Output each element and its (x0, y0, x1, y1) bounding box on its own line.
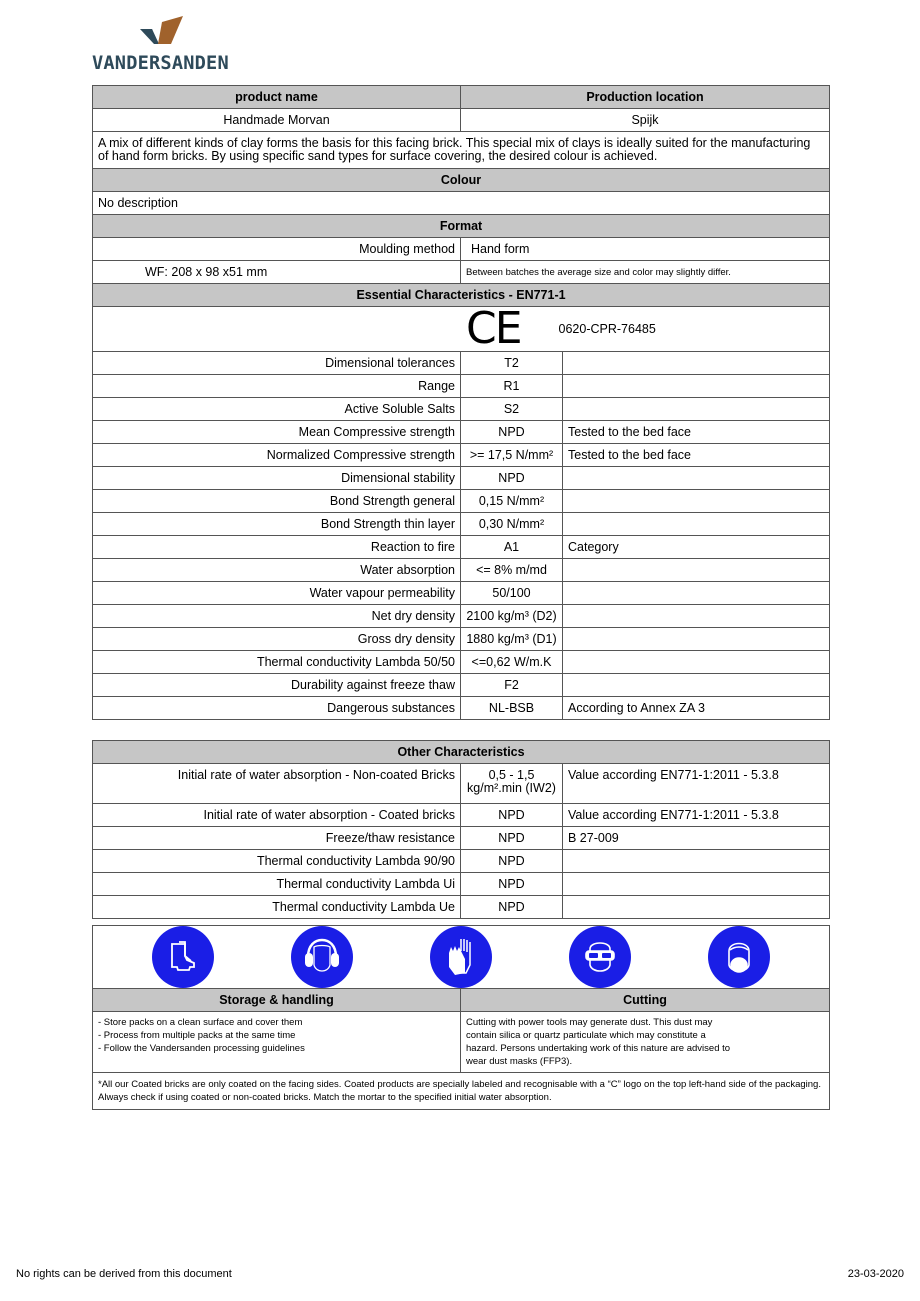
table-row: Bond Strength general0,15 N/mm² (93, 490, 830, 513)
coated-bricks-note: *All our Coated bricks are only coated o… (93, 1073, 830, 1110)
ce-marking-row: CE 0620-CPR-76485 (93, 307, 830, 352)
product-description: A mix of different kinds of clay forms t… (93, 132, 830, 169)
characteristic-value: 2100 kg/m³ (D2) (461, 605, 563, 628)
characteristic-label: Durability against freeze thaw (93, 674, 461, 697)
product-sheet-table: product name Production location Handmad… (92, 85, 830, 720)
characteristic-label: Mean Compressive strength (93, 421, 461, 444)
characteristic-value: >= 17,5 N/mm² (461, 444, 563, 467)
characteristic-value: F2 (461, 674, 563, 697)
characteristic-note (563, 605, 830, 628)
characteristic-value: NPD (461, 827, 563, 850)
characteristic-note: Tested to the bed face (563, 421, 830, 444)
characteristic-note (563, 582, 830, 605)
characteristic-value: S2 (461, 398, 563, 421)
characteristic-note (563, 850, 830, 873)
characteristic-value: 0,15 N/mm² (461, 490, 563, 513)
brand-name: VANDERSANDEN (92, 52, 229, 74)
cutting-header: Cutting (461, 989, 830, 1012)
characteristic-note: Value according EN771-1:2011 - 5.3.8 (563, 804, 830, 827)
characteristic-value: 0,5 - 1,5 kg/m².min (IW2) (461, 764, 563, 804)
storage-handling-text: - Store packs on a clean surface and cov… (93, 1012, 461, 1073)
characteristic-label: Dangerous substances (93, 697, 461, 720)
table-row: Thermal conductivity Lambda 50/50<=0,62 … (93, 651, 830, 674)
characteristic-value: 50/100 (461, 582, 563, 605)
storage-line: - Store packs on a clean surface and cov… (98, 1016, 455, 1029)
table-row: Initial rate of water absorption - Coate… (93, 804, 830, 827)
safety-boots-icon (152, 926, 214, 988)
characteristic-note (563, 559, 830, 582)
cutting-paragraph: Cutting with power tools may generate du… (466, 1016, 736, 1068)
characteristic-label: Thermal conductivity Lambda Ui (93, 873, 461, 896)
characteristic-note (563, 352, 830, 375)
characteristic-note: Category (563, 536, 830, 559)
product-name: Handmade Morvan (93, 109, 461, 132)
characteristic-note (563, 490, 830, 513)
characteristic-note: Value according EN771-1:2011 - 5.3.8 (563, 764, 830, 804)
characteristic-value: A1 (461, 536, 563, 559)
characteristic-value: NPD (461, 804, 563, 827)
format-size: WF: 208 x 98 x51 mm (93, 261, 461, 284)
table-row: Active Soluble SaltsS2 (93, 398, 830, 421)
colour-value: No description (93, 192, 830, 215)
characteristic-note (563, 896, 830, 919)
ce-mark-icon: CE (466, 307, 521, 351)
table-row: Water vapour permeability50/100 (93, 582, 830, 605)
characteristic-note (563, 513, 830, 536)
characteristic-note (563, 628, 830, 651)
essential-characteristics-header: Essential Characteristics - EN771-1 (93, 284, 830, 307)
table-row: Gross dry density1880 kg/m³ (D1) (93, 628, 830, 651)
characteristic-label: Dimensional tolerances (93, 352, 461, 375)
characteristic-value: NPD (461, 467, 563, 490)
characteristic-note: Tested to the bed face (563, 444, 830, 467)
product-name-header: product name (93, 86, 461, 109)
storage-handling-header: Storage & handling (93, 989, 461, 1012)
storage-line: - Process from multiple packs at the sam… (98, 1029, 455, 1042)
ce-certificate-code: 0620-CPR-76485 (559, 323, 656, 336)
characteristic-label: Net dry density (93, 605, 461, 628)
ppe-icons-row (93, 926, 830, 989)
characteristic-value: R1 (461, 375, 563, 398)
moulding-method-label: Moulding method (93, 238, 461, 261)
characteristic-value: NPD (461, 873, 563, 896)
table-row: Reaction to fireA1Category (93, 536, 830, 559)
moulding-method-value: Hand form (461, 238, 830, 261)
characteristic-label: Initial rate of water absorption - Coate… (93, 804, 461, 827)
characteristic-value: NL-BSB (461, 697, 563, 720)
table-row: Thermal conductivity Lambda UiNPD (93, 873, 830, 896)
format-header: Format (93, 215, 830, 238)
table-row: RangeR1 (93, 375, 830, 398)
table-row: Dimensional stabilityNPD (93, 467, 830, 490)
characteristic-label: Bond Strength thin layer (93, 513, 461, 536)
characteristic-label: Initial rate of water absorption - Non-c… (93, 764, 461, 804)
safety-gloves-icon (430, 926, 492, 988)
characteristic-note (563, 674, 830, 697)
characteristic-value: T2 (461, 352, 563, 375)
production-location-header: Production location (461, 86, 830, 109)
other-characteristics-header: Other Characteristics (93, 741, 830, 764)
other-characteristics-table: Other Characteristics Initial rate of wa… (92, 740, 830, 919)
characteristic-label: Water vapour permeability (93, 582, 461, 605)
characteristic-label: Thermal conductivity Lambda Ue (93, 896, 461, 919)
safety-goggles-icon (569, 926, 631, 988)
characteristic-label: Thermal conductivity Lambda 90/90 (93, 850, 461, 873)
characteristic-value: 1880 kg/m³ (D1) (461, 628, 563, 651)
characteristic-value: 0,30 N/mm² (461, 513, 563, 536)
table-row: Dimensional tolerancesT2 (93, 352, 830, 375)
ear-protection-icon (291, 926, 353, 988)
table-row: Durability against freeze thawF2 (93, 674, 830, 697)
characteristic-label: Reaction to fire (93, 536, 461, 559)
characteristic-label: Bond Strength general (93, 490, 461, 513)
characteristic-note: According to Annex ZA 3 (563, 697, 830, 720)
characteristic-note (563, 398, 830, 421)
characteristic-label: Active Soluble Salts (93, 398, 461, 421)
characteristic-label: Water absorption (93, 559, 461, 582)
table-row: Initial rate of water absorption - Non-c… (93, 764, 830, 804)
table-row: Thermal conductivity Lambda 90/90NPD (93, 850, 830, 873)
characteristic-value: NPD (461, 850, 563, 873)
table-row: Net dry density2100 kg/m³ (D2) (93, 605, 830, 628)
table-row: Mean Compressive strengthNPDTested to th… (93, 421, 830, 444)
characteristic-value: <=0,62 W/m.K (461, 651, 563, 674)
characteristic-label: Gross dry density (93, 628, 461, 651)
characteristic-note (563, 375, 830, 398)
characteristic-label: Dimensional stability (93, 467, 461, 490)
logo-mark-icon (92, 14, 232, 50)
cutting-text: Cutting with power tools may generate du… (461, 1012, 830, 1073)
storage-line: - Follow the Vandersanden processing gui… (98, 1042, 455, 1055)
production-location: Spijk (461, 109, 830, 132)
table-row: Dangerous substancesNL-BSBAccording to A… (93, 697, 830, 720)
characteristic-value: NPD (461, 421, 563, 444)
characteristic-note (563, 873, 830, 896)
characteristic-label: Range (93, 375, 461, 398)
characteristic-label: Thermal conductivity Lambda 50/50 (93, 651, 461, 674)
characteristic-note: B 27-009 (563, 827, 830, 850)
table-row: Water absorption<= 8% m/md (93, 559, 830, 582)
safety-handling-table: Storage & handling Cutting - Store packs… (92, 925, 830, 1110)
vandersanden-logo: VANDERSANDEN (92, 14, 232, 72)
table-row: Normalized Compressive strength>= 17,5 N… (93, 444, 830, 467)
characteristic-value: NPD (461, 896, 563, 919)
table-row: Bond Strength thin layer0,30 N/mm² (93, 513, 830, 536)
table-row: Thermal conductivity Lambda UeNPD (93, 896, 830, 919)
characteristic-note (563, 467, 830, 490)
footer-date: 23-03-2020 (848, 1268, 904, 1280)
table-row: Freeze/thaw resistanceNPDB 27-009 (93, 827, 830, 850)
format-size-note: Between batches the average size and col… (461, 261, 830, 284)
footer-disclaimer: No rights can be derived from this docum… (16, 1268, 232, 1280)
dust-mask-icon (708, 926, 770, 988)
colour-header: Colour (93, 169, 830, 192)
characteristic-note (563, 651, 830, 674)
characteristic-label: Freeze/thaw resistance (93, 827, 461, 850)
characteristic-label: Normalized Compressive strength (93, 444, 461, 467)
characteristic-value: <= 8% m/md (461, 559, 563, 582)
